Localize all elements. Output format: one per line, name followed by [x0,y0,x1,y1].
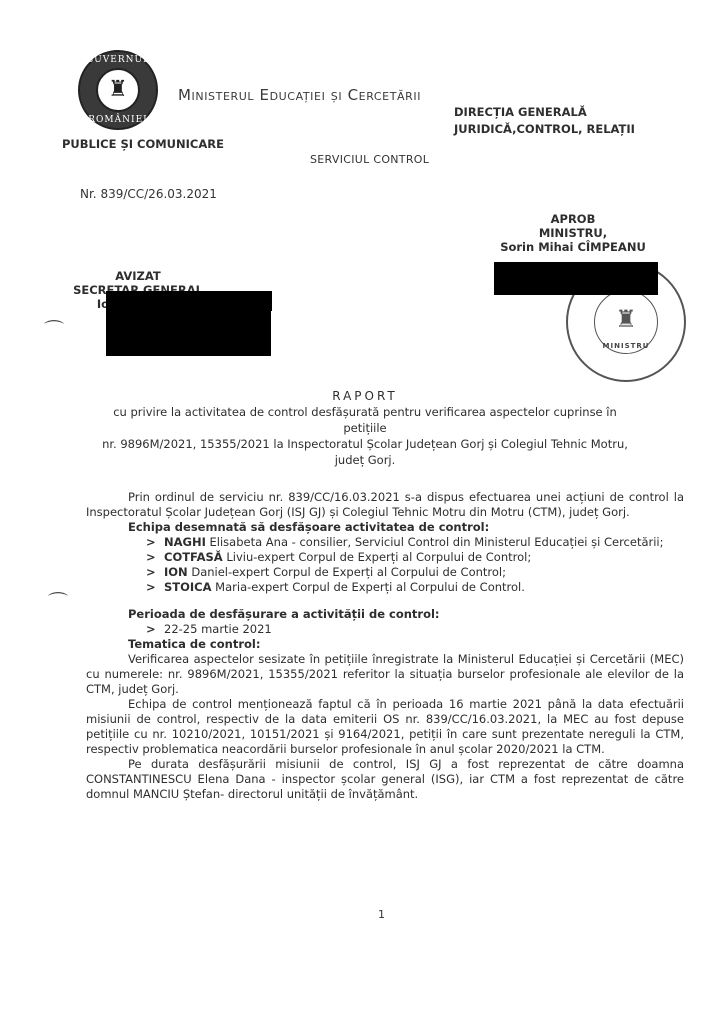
approval-role: MINISTRU, [488,226,658,240]
intro-paragraph: Prin ordinul de serviciu nr. 839/CC/16.0… [86,490,684,520]
ministry-name: Ministerul Educației și Cercetării [178,86,421,104]
directorate-line-2: JURIDICĂ,CONTROL, RELAȚII [454,121,635,138]
eagle-icon: ♜ [98,76,138,104]
service-name: SERVICIUL CONTROL [310,153,429,166]
seal-top-text: GUVERNUL [80,55,156,65]
representation-paragraph: Pe durata desfășurării misiunii de contr… [86,757,684,802]
period-heading: Perioada de desfășurare a activității de… [128,607,684,622]
stamp-inner-text: MINISTRU [568,342,684,350]
list-item: COTFASĂ Liviu-expert Corpul de Experți a… [146,550,684,565]
punch-mark-icon: ⌒ [48,586,68,615]
title-line-1: cu privire la activitatea de control des… [60,404,670,420]
page-number: 1 [378,908,385,921]
redaction-block [494,262,658,295]
team-heading: Echipa desemnată să desfășoare activitat… [128,520,684,535]
document-number: Nr. 839/CC/26.03.2021 [80,187,217,201]
list-item: NAGHI Elisabeta Ana - consilier, Servici… [146,535,684,550]
list-item: ION Daniel-expert Corpul de Experți al C… [146,565,684,580]
title-line-3: nr. 9896M/2021, 15355/2021 la Inspectora… [60,436,670,452]
period-list: 22-25 martie 2021 [86,622,684,637]
topic-heading: Tematica de control: [128,637,684,652]
directorate-line-1: DIRECȚIA GENERALĂ [454,104,635,121]
topic-paragraph: Verificarea aspectelor sesizate în petiț… [86,652,684,697]
endorsement-label: AVIZAT [68,269,208,283]
stamp-eagle-icon: ♜ [595,305,657,333]
report-body: Prin ordinul de serviciu nr. 839/CC/16.0… [86,490,684,802]
seal-inner: ♜ [96,68,140,112]
redaction-block [106,291,271,356]
approval-label: APROB [488,212,658,226]
note-paragraph: Echipa de control menționează faptul că … [86,697,684,757]
team-list: NAGHI Elisabeta Ana - consilier, Servici… [86,535,684,595]
report-title: RAPORT cu privire la activitatea de cont… [60,388,670,468]
list-item: STOICA Maria-expert Corpul de Experți al… [146,580,684,595]
directorate: DIRECȚIA GENERALĂ JURIDICĂ,CONTROL, RELA… [454,104,635,138]
title-line-2: petițiile [60,420,670,436]
report-heading: RAPORT [60,388,670,404]
list-item: 22-25 martie 2021 [146,622,684,637]
seal-bottom-text: ROMÂNIEI [80,115,156,125]
government-seal-icon: GUVERNUL ♜ ROMÂNIEI [78,50,158,130]
directorate-line-3: PUBLICE ȘI COMUNICARE [62,137,224,151]
approval-block: APROB MINISTRU, Sorin Mihai CÎMPEANU [488,212,658,254]
punch-mark-icon: ⌒ [44,314,64,343]
approval-name: Sorin Mihai CÎMPEANU [488,240,658,254]
title-line-4: județ Gorj. [60,452,670,468]
